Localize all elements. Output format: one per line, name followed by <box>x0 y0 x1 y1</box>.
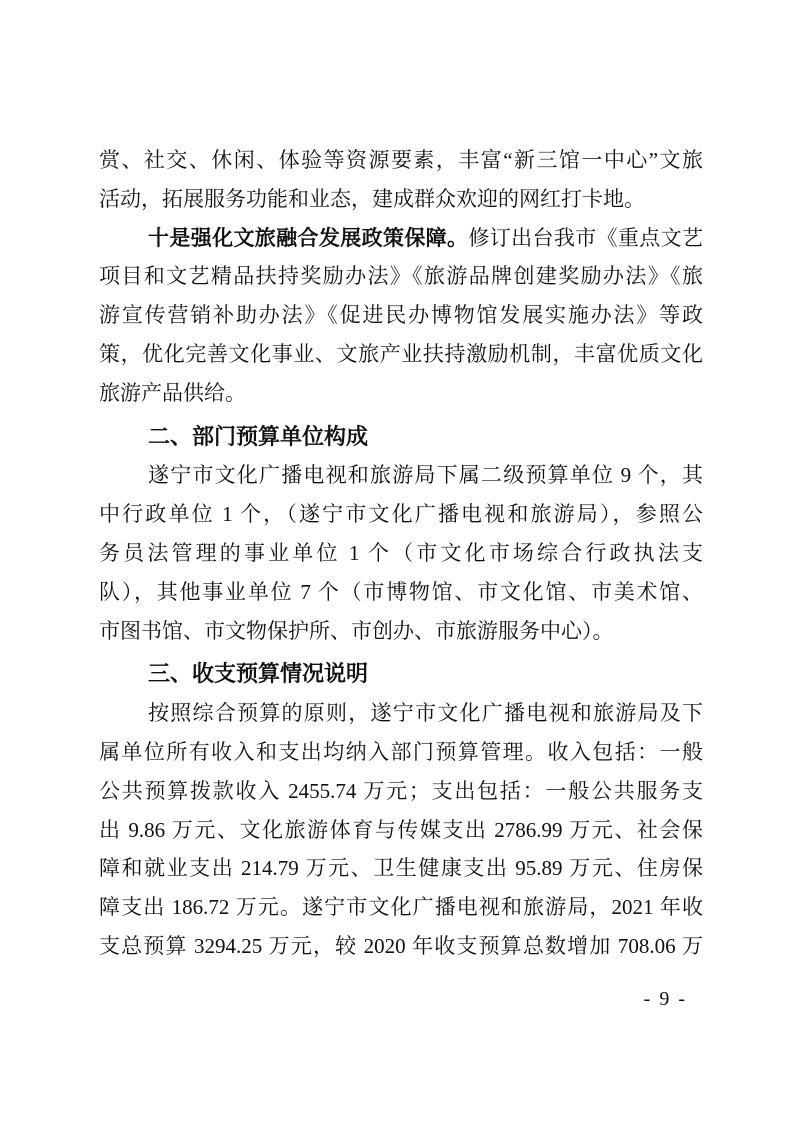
section-heading-revenue-expenditure: 三、收支预算情况说明 <box>99 655 703 694</box>
para-budget-line-7: 支总预算 3294.25 万元，较 2020 年收支预算总数增加 708.06 … <box>99 927 703 966</box>
para-continuation-line-1: 赏、社交、休闲、体验等资源要素，丰富“新三馆一中心”文旅 <box>99 141 703 180</box>
para-policy-line-2: 项目和文艺精品扶持奖励办法》《旅游品牌创建奖励办法》《旅 <box>99 257 703 296</box>
para-budget-line-2: 属单位所有收入和支出均纳入部门预算管理。收入包括：一般 <box>99 733 703 772</box>
para-units-line-3: 务员法管理的事业单位 1 个（市文化市场综合行政执法支 <box>99 534 703 573</box>
document-body: 赏、社交、休闲、体验等资源要素，丰富“新三馆一中心”文旅 活动，拓展服务功能和业… <box>99 141 703 966</box>
para-policy-line-5: 旅游产品供给。 <box>99 374 703 413</box>
para-units-line-4: 队），其他事业单位 7 个（市博物馆、市文化馆、市美术馆、 <box>99 573 703 612</box>
para-policy-line-3: 游宣传营销补助办法》《促进民办博物馆发展实施办法》等政 <box>99 296 703 335</box>
para-policy-line-4: 策，优化完善文化事业、文旅产业扶持激励机制，丰富优质文化 <box>99 335 703 374</box>
para-units-line-5: 市图书馆、市文物保护所、市创办、市旅游服务中心）。 <box>99 612 703 651</box>
para-budget-line-5: 障和就业支出 214.79 万元、卫生健康支出 95.89 万元、住房保 <box>99 849 703 888</box>
para-budget-line-6: 障支出 186.72 万元。遂宁市文化广播电视和旅游局，2021 年收 <box>99 888 703 927</box>
page-number: - 9 - <box>644 988 687 1011</box>
para-units-line-1: 遂宁市文化广播电视和旅游局下属二级预算单位 9 个，其 <box>99 456 703 495</box>
para-policy-bold-lead: 十是强化文旅融合发展政策保障。 <box>148 226 468 250</box>
para-policy-line-1: 十是强化文旅融合发展政策保障。修订出台我市《重点文艺 <box>99 219 703 258</box>
para-budget-line-1: 按照综合预算的原则，遂宁市文化广播电视和旅游局及下 <box>99 694 703 733</box>
para-policy-line-1-rest: 修订出台我市《重点文艺 <box>468 226 703 250</box>
document-page: 赏、社交、休闲、体验等资源要素，丰富“新三馆一中心”文旅 活动，拓展服务功能和业… <box>0 0 793 1122</box>
para-budget-line-3: 公共预算拨款收入 2455.74 万元；支出包括：一般公共服务支 <box>99 772 703 811</box>
para-budget-line-4: 出 9.86 万元、文化旅游体育与传媒支出 2786.99 万元、社会保 <box>99 811 703 850</box>
para-continuation-line-2: 活动，拓展服务功能和业态，建成群众欢迎的网红打卡地。 <box>99 180 703 219</box>
para-units-line-2: 中行政单位 1 个，（遂宁市文化广播电视和旅游局），参照公 <box>99 495 703 534</box>
section-heading-budget-units: 二、部门预算单位构成 <box>99 418 703 457</box>
